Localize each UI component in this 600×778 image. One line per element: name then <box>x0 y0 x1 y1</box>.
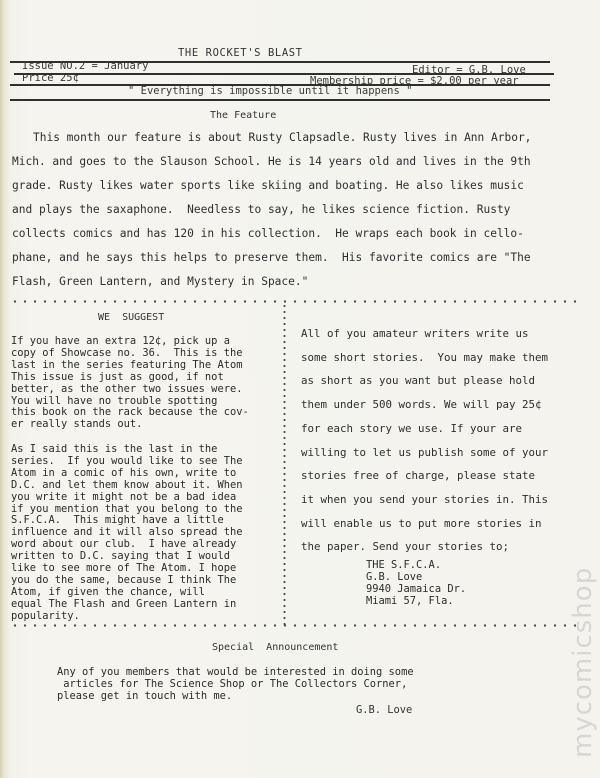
motto: " Everything is impossible until it happ… <box>128 85 412 97</box>
feature-line: and plays the saxaphone. Needless to say… <box>12 203 510 216</box>
feature-line: grade. Rusty likes water sports like ski… <box>12 179 524 192</box>
we-suggest-line: This issue is just as good, if not <box>11 372 249 384</box>
watermark: mycomicshop <box>568 567 598 758</box>
announcement-line: articles for The Science Shop or The Col… <box>57 679 414 691</box>
we-suggest-line: better, as the other two issues were. <box>11 384 249 396</box>
writers-line: it when you send your stories in. This <box>301 488 548 512</box>
writers-line: willing to let us publish some of your <box>301 441 548 465</box>
feature-heading: The Feature <box>210 110 276 121</box>
writers-line: as short as you want but please hold <box>301 369 548 393</box>
announcement-text: Any of you members that would be interes… <box>57 667 414 702</box>
announcement-heading: Special Announcement <box>212 642 338 653</box>
we-suggest-line: Atom in a comic of his own, write to <box>11 468 242 480</box>
feature-line: phane, and he says this helps to preserv… <box>12 251 531 264</box>
announcement-line: please get in touch with me. <box>57 691 414 703</box>
writers-line: them under 500 words. We will pay 25¢ <box>301 393 548 417</box>
writers-line: the paper. Send your stories to; <box>301 535 548 559</box>
announcement-signature: G.B. Love <box>356 704 412 716</box>
writers-line: stories free of charge, please state <box>301 464 548 488</box>
feature-line: Mich. and goes to the Slauson School. He… <box>12 155 531 168</box>
feature-line: Flash, Green Lantern, and Mystery in Spa… <box>12 275 308 288</box>
we-suggest-line: D.C. and let them know about it. When <box>11 480 242 492</box>
address-line: Miami 57, Fla. <box>366 596 466 608</box>
address-line: 9940 Jamaica Dr. <box>366 584 466 596</box>
we-suggest-line: popularity. <box>11 611 242 623</box>
we-suggest-line: er really stands out. <box>11 419 249 431</box>
we-suggest-line: equal The Flash and Green Lantern in <box>11 599 242 611</box>
dotted-divider <box>10 300 576 303</box>
masthead-rule <box>10 99 550 101</box>
we-suggest-heading: WE SUGGEST <box>98 312 164 323</box>
we-suggest-paragraph-1: If you have an extra 12¢, pick up acopy … <box>11 336 249 431</box>
writers-line: will enable us to put more stories in <box>301 512 548 536</box>
writers-line: some short stories. You may make them <box>301 346 548 370</box>
issue-label: Issue NO.2 = January <box>22 60 148 72</box>
feature-line: collects comics and has 120 in his colle… <box>12 227 524 240</box>
we-suggest-paragraph-2: As I said this is the last in theseries.… <box>11 444 242 623</box>
writers-paragraph: All of you amateur writers write ussome … <box>301 322 548 559</box>
newsletter-title: THE ROCKET'S BLAST <box>178 47 303 59</box>
price-label: Price 25¢ <box>22 72 79 84</box>
dotted-divider <box>10 624 576 627</box>
writers-line: for each story we use. If your are <box>301 417 548 441</box>
we-suggest-line: last in the series featuring The Atom <box>11 360 249 372</box>
feature-line: This month our feature is about Rusty Cl… <box>33 131 531 144</box>
column-divider <box>283 303 286 625</box>
mailing-address: THE S.F.C.A.G.B. Love9940 Jamaica Dr.Mia… <box>366 560 466 608</box>
we-suggest-line: Atom, if given the chance, will <box>11 587 242 599</box>
writers-line: All of you amateur writers write us <box>301 322 548 346</box>
we-suggest-line: you write it might not be a bad idea <box>11 492 242 504</box>
